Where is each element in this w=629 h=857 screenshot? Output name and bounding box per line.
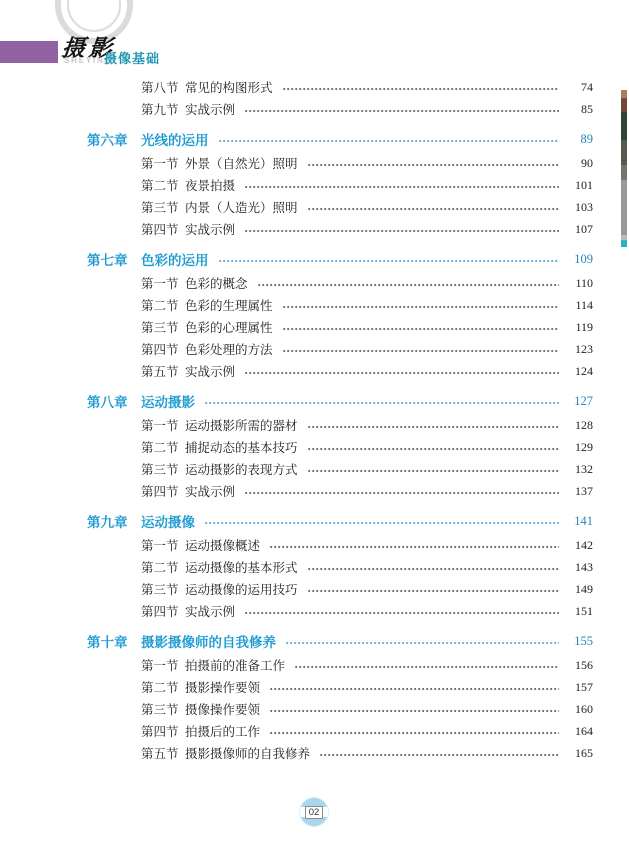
dotted-leader [258, 281, 559, 290]
section-page-number: 129 [567, 440, 593, 455]
section-page-number: 110 [567, 276, 593, 291]
dotted-leader [245, 107, 559, 116]
chapter-title: 摄影摄像师的自我修养 [141, 631, 276, 651]
chapter-page-number: 127 [567, 394, 593, 409]
toc-section-row[interactable]: 第一节 外景（自然光）照明 90 [87, 152, 593, 174]
dotted-leader [205, 519, 559, 528]
toc-section-row[interactable]: 第四节 拍摄后的工作 164 [87, 720, 593, 742]
dotted-leader [205, 399, 559, 408]
section-number: 第四节 [141, 722, 185, 740]
section-page-number: 103 [567, 200, 593, 215]
section-number: 第二节 [141, 296, 185, 314]
section-number: 第一节 [141, 536, 185, 554]
section-page-number: 85 [567, 102, 593, 117]
toc-section-row[interactable]: 第四节 实战示例 151 [87, 600, 593, 622]
section-number: 第九节 [141, 100, 185, 118]
chapter-page-number: 155 [567, 634, 593, 649]
chapter-number: 第十章 [87, 631, 141, 651]
section-title: 运动摄像的基本形式 [185, 558, 298, 576]
section-number: 第三节 [141, 700, 185, 718]
section-page-number: 123 [567, 342, 593, 357]
section-title: 实战示例 [185, 482, 235, 500]
table-of-contents: 第八节 常见的构图形式 74 第九节 实战示例 85 第六章 光线的运用 89 … [87, 76, 593, 764]
section-title: 摄影摄像师的自我修养 [185, 744, 310, 762]
chapter-number: 第七章 [87, 249, 141, 269]
toc-section-row[interactable]: 第二节 运动摄像的基本形式 143 [87, 556, 593, 578]
section-number: 第四节 [141, 482, 185, 500]
section-title: 色彩的生理属性 [185, 296, 273, 314]
dotted-leader [308, 423, 559, 432]
toc-section-row[interactable]: 第二节 捕捉动态的基本技巧 129 [87, 436, 593, 458]
section-page-number: 164 [567, 724, 593, 739]
section-title: 运动摄影所需的器材 [185, 416, 298, 434]
dotted-leader [283, 85, 559, 94]
toc-section-row[interactable]: 第一节 色彩的概念 110 [87, 272, 593, 294]
chapter-number: 第六章 [87, 129, 141, 149]
page-number-badge: 02 [300, 798, 328, 826]
chapter-number: 第八章 [87, 391, 141, 411]
toc-section-row[interactable]: 第一节 运动摄影所需的器材 128 [87, 414, 593, 436]
toc-section-row[interactable]: 第五节 摄影摄像师的自我修养 165 [87, 742, 593, 764]
chapter-title: 运动摄像 [141, 511, 195, 531]
chapter-title: 运动摄影 [141, 391, 195, 411]
section-title: 摄像操作要领 [185, 700, 260, 718]
section-page-number: 124 [567, 364, 593, 379]
section-number: 第三节 [141, 198, 185, 216]
section-page-number: 132 [567, 462, 593, 477]
chapter-page-number: 109 [567, 252, 593, 267]
toc-section-row[interactable]: 第三节 运动摄像的运用技巧 149 [87, 578, 593, 600]
dotted-leader [308, 467, 559, 476]
dotted-leader [308, 587, 559, 596]
dotted-leader [283, 303, 559, 312]
toc-section-row[interactable]: 第三节 色彩的心理属性 119 [87, 316, 593, 338]
toc-chapter-row[interactable]: 第六章 光线的运用 89 [87, 128, 593, 150]
dotted-leader [245, 489, 559, 498]
dotted-leader [320, 751, 559, 760]
section-page-number: 119 [567, 320, 593, 335]
dotted-leader [308, 565, 559, 574]
section-page-number: 101 [567, 178, 593, 193]
dotted-leader [270, 543, 559, 552]
toc-chapter-row[interactable]: 第八章 运动摄影 127 [87, 390, 593, 412]
toc-section-row[interactable]: 第五节 实战示例 124 [87, 360, 593, 382]
section-number: 第四节 [141, 340, 185, 358]
dotted-leader [270, 685, 559, 694]
toc-section-row[interactable]: 第一节 运动摄像概述 142 [87, 534, 593, 556]
section-number: 第四节 [141, 602, 185, 620]
toc-section-row[interactable]: 第四节 实战示例 137 [87, 480, 593, 502]
toc-chapter-row[interactable]: 第七章 色彩的运用 109 [87, 248, 593, 270]
dotted-leader [245, 369, 559, 378]
adjacent-page-photo-sliver [621, 90, 627, 247]
section-page-number: 143 [567, 560, 593, 575]
toc-section-row[interactable]: 第一节 拍摄前的准备工作 156 [87, 654, 593, 676]
toc-chapter-row[interactable]: 第九章 运动摄像 141 [87, 510, 593, 532]
dotted-leader [270, 707, 559, 716]
section-title: 内景（人造光）照明 [185, 198, 298, 216]
section-title: 常见的构图形式 [185, 78, 273, 96]
section-number: 第三节 [141, 460, 185, 478]
section-page-number: 74 [567, 80, 593, 95]
section-number: 第五节 [141, 362, 185, 380]
section-title: 色彩处理的方法 [185, 340, 273, 358]
section-title: 拍摄后的工作 [185, 722, 260, 740]
section-page-number: 151 [567, 604, 593, 619]
section-title: 拍摄前的准备工作 [185, 656, 285, 674]
chapter-title: 光线的运用 [141, 129, 209, 149]
section-page-number: 114 [567, 298, 593, 313]
section-page-number: 157 [567, 680, 593, 695]
section-page-number: 90 [567, 156, 593, 171]
section-number: 第八节 [141, 78, 185, 96]
dotted-leader [270, 729, 559, 738]
section-page-number: 128 [567, 418, 593, 433]
chapter-page-number: 89 [567, 132, 593, 147]
section-number: 第五节 [141, 744, 185, 762]
section-number: 第三节 [141, 318, 185, 336]
toc-section-row[interactable]: 第三节 运动摄影的表现方式 132 [87, 458, 593, 480]
section-title: 运动摄像概述 [185, 536, 260, 554]
section-number: 第一节 [141, 656, 185, 674]
section-page-number: 107 [567, 222, 593, 237]
toc-section-row[interactable]: 第八节 常见的构图形式 74 [87, 76, 593, 98]
toc-section-row[interactable]: 第四节 色彩处理的方法 123 [87, 338, 593, 360]
section-number: 第一节 [141, 274, 185, 292]
section-number: 第二节 [141, 678, 185, 696]
dotted-leader [219, 257, 560, 266]
toc-section-row[interactable]: 第二节 摄影操作要领 157 [87, 676, 593, 698]
section-title: 外景（自然光）照明 [185, 154, 298, 172]
section-number: 第二节 [141, 438, 185, 456]
section-title: 实战示例 [185, 100, 235, 118]
purple-accent-bar [0, 41, 58, 63]
section-number: 第四节 [141, 220, 185, 238]
section-title: 夜景拍摄 [185, 176, 235, 194]
toc-section-row[interactable]: 第四节 实战示例 107 [87, 218, 593, 240]
toc-chapter-row[interactable]: 第十章 摄影摄像师的自我修养 155 [87, 630, 593, 652]
section-page-number: 142 [567, 538, 593, 553]
chapter-number: 第九章 [87, 511, 141, 531]
section-number: 第二节 [141, 558, 185, 576]
dotted-leader [308, 445, 559, 454]
section-number: 第三节 [141, 580, 185, 598]
section-title: 实战示例 [185, 602, 235, 620]
dotted-leader [283, 325, 559, 334]
dotted-leader [308, 161, 559, 170]
folio-number: 02 [305, 806, 323, 819]
section-page-number: 137 [567, 484, 593, 499]
section-number: 第二节 [141, 176, 185, 194]
section-title: 实战示例 [185, 220, 235, 238]
dotted-leader [219, 137, 560, 146]
section-page-number: 165 [567, 746, 593, 761]
dotted-leader [245, 183, 559, 192]
toc-section-row[interactable]: 第二节 色彩的生理属性 114 [87, 294, 593, 316]
section-title: 色彩的心理属性 [185, 318, 273, 336]
section-title: 运动摄像的运用技巧 [185, 580, 298, 598]
toc-section-row[interactable]: 第二节 夜景拍摄 101 [87, 174, 593, 196]
dotted-leader [245, 227, 559, 236]
section-page-number: 160 [567, 702, 593, 717]
dotted-leader [308, 205, 559, 214]
brand-suffix: 摄像基础 [104, 48, 160, 67]
toc-section-row[interactable]: 第三节 摄像操作要领 160 [87, 698, 593, 720]
section-number: 第一节 [141, 154, 185, 172]
toc-section-row[interactable]: 第三节 内景（人造光）照明 103 [87, 196, 593, 218]
section-title: 实战示例 [185, 362, 235, 380]
section-page-number: 149 [567, 582, 593, 597]
dotted-leader [295, 663, 559, 672]
section-title: 摄影操作要领 [185, 678, 260, 696]
section-title: 捕捉动态的基本技巧 [185, 438, 298, 456]
section-title: 色彩的概念 [185, 274, 248, 292]
dotted-leader [245, 609, 559, 618]
chapter-title: 色彩的运用 [141, 249, 209, 269]
dotted-leader [286, 639, 559, 648]
toc-section-row[interactable]: 第九节 实战示例 85 [87, 98, 593, 120]
dotted-leader [283, 347, 559, 356]
section-title: 运动摄影的表现方式 [185, 460, 298, 478]
section-number: 第一节 [141, 416, 185, 434]
chapter-page-number: 141 [567, 514, 593, 529]
section-page-number: 156 [567, 658, 593, 673]
